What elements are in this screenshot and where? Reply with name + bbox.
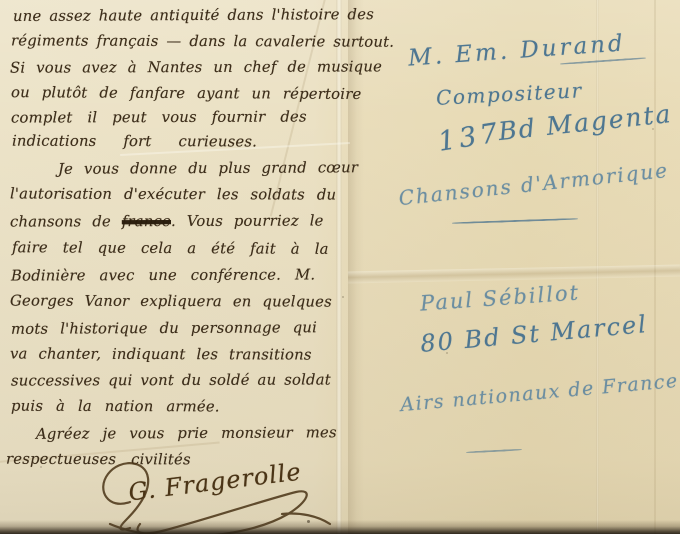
letter-line: mots l'historique du personnage qui — [11, 319, 317, 338]
letter-line: régiments français — dans la cavalerie s… — [11, 32, 394, 50]
letter-line: Si vous avez à Nantes un chef de musique — [10, 58, 382, 76]
paper-speck — [342, 296, 344, 298]
letter-line: complet il peut vous fournir des — [11, 108, 307, 126]
letter-line: Je vous donne du plus grand cœur — [58, 159, 358, 178]
recipient-1-street: Bd Magenta — [497, 99, 674, 146]
letter-line-fragment: chansons de — [10, 213, 122, 230]
paper-speck — [40, 466, 42, 468]
recipient-1-number: 137 — [436, 117, 504, 158]
letter-line: va chanter, indiquant les transitions — [10, 345, 312, 363]
page-fold-shadow — [348, 0, 364, 534]
paper-crease — [596, 0, 599, 534]
letter-line: Bodinière avec une conférence. M. — [11, 266, 315, 284]
recipient-1-title: Compositeur — [435, 78, 583, 110]
ink-underline — [466, 449, 522, 454]
paper-speck — [446, 352, 448, 354]
recipient-2-note: Airs nationaux de France — [400, 370, 680, 416]
letter-line: indications fort curieuses. — [12, 133, 257, 151]
paper-crease — [348, 265, 680, 284]
letter-line: Georges Vanor expliquera en quelques — [10, 292, 332, 310]
recipient-1-note: Chansons d'Armorique — [397, 158, 670, 210]
recipient-1-name: M. Em. Durand — [407, 30, 626, 71]
letter-line: Agréez je vous prie monsieur mes — [36, 424, 337, 443]
recipient-2-address: 80 Bd St Marcel — [419, 310, 649, 358]
letter-line: ou plutôt de fanfare ayant un répertoire — [11, 84, 362, 103]
ink-divider — [452, 218, 578, 224]
letter-line-fragment: . Vous pourriez le — [171, 212, 324, 230]
page-fold-highlight — [336, 0, 342, 534]
letter-scan: une assez haute antiquité dans l'histoir… — [0, 0, 680, 534]
letter-line: successives qui vont du soldé au soldat — [11, 371, 331, 389]
letter-line: chansons de france. Vous pourriez le — [10, 212, 324, 230]
letter-line: puis à la nation armée. — [11, 398, 220, 416]
paper-speck — [652, 128, 654, 130]
letter-line: faire tel que cela a été fait à la — [12, 239, 329, 258]
letter-line: une assez haute antiquité dans l'histoir… — [13, 6, 374, 25]
paper-crease — [654, 0, 656, 534]
crossed-out-word: france — [122, 213, 171, 230]
recipient-2-name: Paul Sébillot — [419, 280, 580, 315]
scan-edge-shadow — [0, 520, 680, 534]
letter-line: l'autorisation d'exécuter les soldats du — [10, 185, 336, 203]
